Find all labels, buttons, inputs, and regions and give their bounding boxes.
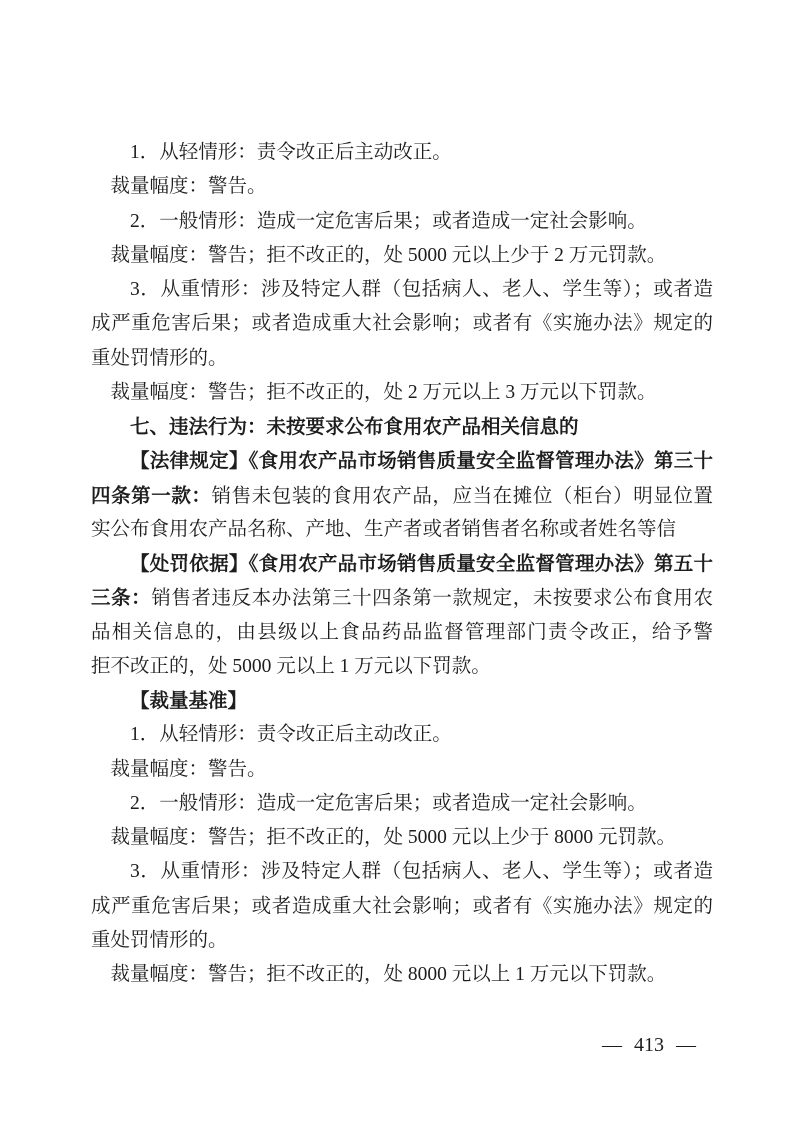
text-line: 裁量幅度：警告；拒不改正的，处 5000 元以上少于 2 万元罚款。 [91,239,713,273]
text-line: 裁量幅度：警告。 [91,753,713,787]
text-line: 1．从轻情形：责令改正后主动改正。 [91,718,713,752]
text-line: 重处罚情形的。 [91,924,713,958]
bold-text-segment: 【裁量基准】 [130,690,247,712]
document-page: 1．从轻情形：责令改正后主动改正。裁量幅度：警告。2．一般情形：造成一定危害后果… [0,0,793,1122]
text-line: 2．一般情形：造成一定危害后果；或者造成一定社会影响。 [91,787,713,821]
text-line: 重处罚情形的。 [91,342,713,376]
text-segment: 裁量幅度：警告。 [111,176,267,197]
bold-text-segment: 四条第一款： [91,485,212,507]
bold-text-segment: 三条： [91,587,151,609]
text-segment: 1．从轻情形：责令改正后主动改正。 [130,142,452,163]
text-segment: 重处罚情形的。 [91,930,228,951]
text-line: 裁量幅度：警告；拒不改正的，处 2 万元以上 3 万元以下罚款。 [91,376,713,410]
text-line: 3．从重情形：涉及特定人群（包括病人、老人、学生等）；或者造 [91,855,713,889]
text-line: 2．一般情形：造成一定危害后果；或者造成一定社会影响。 [91,205,713,239]
text-segment: 拒不改正的，处 5000 元以上 1 万元以下罚款。 [91,656,491,677]
text-line: 成严重危害后果；或者造成重大社会影响；或者有《实施办法》规定的从 [91,890,713,924]
text-line: 裁量幅度：警告；拒不改正的，处 5000 元以上少于 8000 元罚款。 [91,821,713,855]
text-segment: 裁量幅度：警告；拒不改正的，处 2 万元以上 3 万元以下罚款。 [111,382,657,403]
text-line: 成严重危害后果；或者造成重大社会影响；或者有《实施办法》规定的从 [91,307,713,341]
text-line: 品相关信息的，由县级以上食品药品监督管理部门责令改正，给予警告； [91,616,713,650]
text-line: 3．从重情形：涉及特定人群（包括病人、老人、学生等）；或者造 [91,273,713,307]
text-line: 裁量幅度：警告；拒不改正的，处 8000 元以上 1 万元以下罚款。 [91,958,713,992]
text-segment: 销售者违反本办法第三十四条第一款规定，未按要求公布食用农产 [91,588,713,615]
text-line: 【处罚依据】《食用农产品市场销售质量安全监督管理办法》第五十 [91,547,713,581]
text-line: 1．从轻情形：责令改正后主动改正。 [91,136,713,170]
text-line: 裁量幅度：警告。 [91,170,713,204]
text-segment: 重处罚情形的。 [91,348,228,369]
text-line: 四条第一款：销售未包装的食用农产品，应当在摊位（柜台）明显位置如 [91,479,713,513]
bold-text-segment: 七、违法行为：未按要求公布食用农产品相关信息的 [130,416,579,438]
text-segment: 1．从轻情形：责令改正后主动改正。 [130,724,452,745]
text-segment: 裁量幅度：警告；拒不改正的，处 5000 元以上少于 8000 元罚款。 [111,827,677,848]
text-line: 拒不改正的，处 5000 元以上 1 万元以下罚款。 [91,650,713,684]
text-segment: 裁量幅度：警告；拒不改正的，处 5000 元以上少于 2 万元罚款。 [111,245,667,266]
text-segment: 3．从重情形：涉及特定人群（包括病人、老人、学生等）；或者造 [130,279,713,300]
bold-text-segment: 【处罚依据】《食用农产品市场销售质量安全监督管理办法》第五十 [130,553,713,575]
text-segment: 裁量幅度：警告；拒不改正的，处 8000 元以上 1 万元以下罚款。 [111,964,667,985]
page-number: — 413 — [602,1032,696,1058]
document-text: 1．从轻情形：责令改正后主动改正。裁量幅度：警告。2．一般情形：造成一定危害后果… [91,136,713,992]
bold-text-segment: 【法律规定】《食用农产品市场销售质量安全监督管理办法》第三十 [130,450,713,472]
text-segment: 成严重危害后果；或者造成重大社会影响；或者有《实施办法》规定的从 [91,313,713,341]
text-line: 实公布食用农产品名称、产地、生产者或者销售者名称或者姓名等信息。 [91,513,713,547]
section-heading: 七、违法行为：未按要求公布食用农产品相关信息的 [91,410,713,444]
text-segment: 裁量幅度：警告。 [111,759,267,780]
text-segment: 2．一般情形：造成一定危害后果；或者造成一定社会影响。 [130,793,647,814]
text-segment: 2．一般情形：造成一定危害后果；或者造成一定社会影响。 [130,211,647,232]
text-segment: 品相关信息的，由县级以上食品药品监督管理部门责令改正，给予警告； [91,622,713,650]
text-segment: 3．从重情形：涉及特定人群（包括病人、老人、学生等）；或者造 [130,861,713,882]
text-line: 【法律规定】《食用农产品市场销售质量安全监督管理办法》第三十 [91,444,713,478]
text-segment: 成严重危害后果；或者造成重大社会影响；或者有《实施办法》规定的从 [91,896,713,924]
text-line: 【裁量基准】 [91,684,713,718]
text-segment: 实公布食用农产品名称、产地、生产者或者销售者名称或者姓名等信息。 [91,519,676,547]
text-line: 三条：销售者违反本办法第三十四条第一款规定，未按要求公布食用农产 [91,581,713,615]
